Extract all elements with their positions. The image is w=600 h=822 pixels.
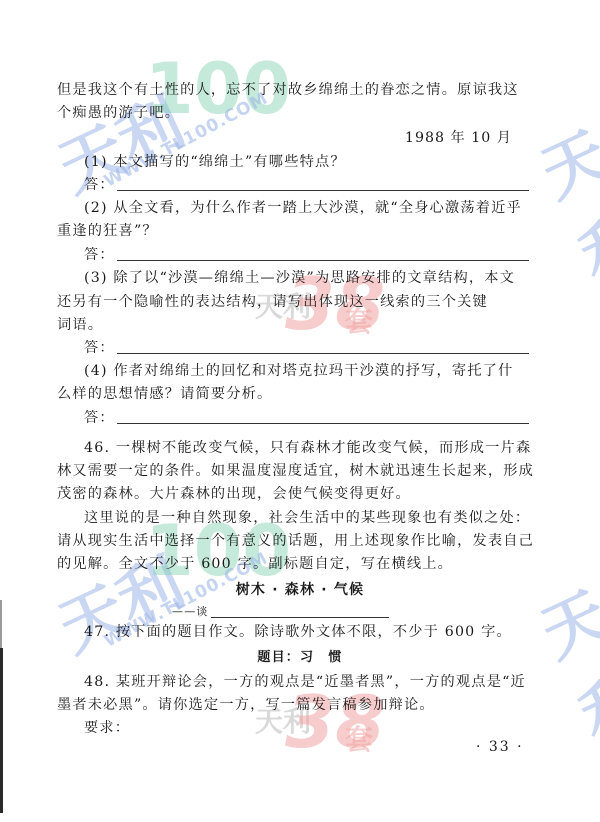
answer-blank[interactable] xyxy=(117,353,529,354)
answer-label: 答： xyxy=(84,245,115,265)
question-47: 47. 按下面的题目作文。除诗歌外文体不限，不少于 600 字。 xyxy=(84,622,544,642)
exam-page: 天利 100 WWW.TL100.COM 天利 天利 100 WWW.TL100… xyxy=(0,0,600,822)
answer-blank[interactable] xyxy=(117,190,529,191)
answer-label: 答： xyxy=(84,338,115,358)
essay-subtitle-46: ——谈 xyxy=(172,602,600,622)
answer-label: 答： xyxy=(84,408,115,428)
answer-line-4: 答： xyxy=(84,408,544,428)
question-3-line-3: 词语。 xyxy=(57,315,517,335)
page-binding-edge xyxy=(0,648,3,813)
question-46-line-3: 茂密的森林。大片森林的出现，会使气候变得更好。 xyxy=(57,484,517,504)
subtitle-prefix: ——谈 xyxy=(172,602,209,622)
essay-title-47: 题目：习 惯 xyxy=(0,648,600,668)
text-line: 个痴愚的游子吧。 xyxy=(57,103,517,123)
page-number: · 33 · xyxy=(476,739,524,755)
question-4-line-2: 么样的思想情感？请简要分析。 xyxy=(57,384,517,404)
answer-blank[interactable] xyxy=(117,260,529,261)
question-46-line-5: 请从现实生活中选择一个有意义的话题，用上述现象作比喻，发表自己 xyxy=(57,531,517,551)
answer-line-3: 答： xyxy=(84,338,544,358)
question-3-line-2: 还另有一个隐喻性的表达结构，请写出体现这一线索的三个关键 xyxy=(57,292,517,312)
question-46-line-1: 46. 一棵树不能改变气候，只有森林才能改变气候，而形成一片森 xyxy=(84,438,544,458)
date-line: 1988 年 10 月 xyxy=(405,128,512,148)
page-binding-edge-light xyxy=(0,600,2,648)
text-line: 但是我这个有土性的人，忘不了对故乡绵绵土的眷恋之情。原谅我这 xyxy=(57,80,517,100)
answer-blank[interactable] xyxy=(117,423,529,424)
question-46-line-6: 的见解。全文不少于 600 字。副标题自定，写在横线上。 xyxy=(57,554,517,574)
essay-title-46: 树木 · 森林 · 气候 xyxy=(0,580,600,600)
question-46-line-4: 这里说的是一种自然现象，社会生活中的某些现象也有类似之处： xyxy=(84,508,544,528)
question-48-line-1: 48. 某班开辩论会，一方的观点是“近墨者黑”，一方的观点是“近 xyxy=(84,672,544,692)
question-4-line-1: (4) 作者对绵绵土的回忆和对塔克拉玛干沙漠的抒写，寄托了什 xyxy=(84,361,544,381)
question-46-line-2: 林又需要一定的条件。如果温度湿度适宜，树木就迅速生长起来，形成 xyxy=(57,461,517,481)
question-2-line-1: (2) 从全文看，为什么作者一踏上大沙漠，就“全身心激荡着近乎 xyxy=(84,198,544,218)
subtitle-blank[interactable] xyxy=(211,617,389,618)
answer-label: 答： xyxy=(84,175,115,195)
question-2-line-2: 重逢的狂喜”？ xyxy=(57,221,517,241)
question-48-line-3: 要求： xyxy=(84,718,544,738)
question-48-line-2: 墨者未必黑”。请你选定一方，写一篇发言稿参加辩论。 xyxy=(57,695,517,715)
question-1: (1) 本文描写的“绵绵土”有哪些特点？ xyxy=(84,152,544,172)
question-3-line-1: (3) 除了以“沙漠—绵绵土—沙漠”为思路安排的文章结构，本文 xyxy=(84,268,544,288)
answer-line-2: 答： xyxy=(84,245,544,265)
answer-line-1: 答： xyxy=(84,175,544,195)
